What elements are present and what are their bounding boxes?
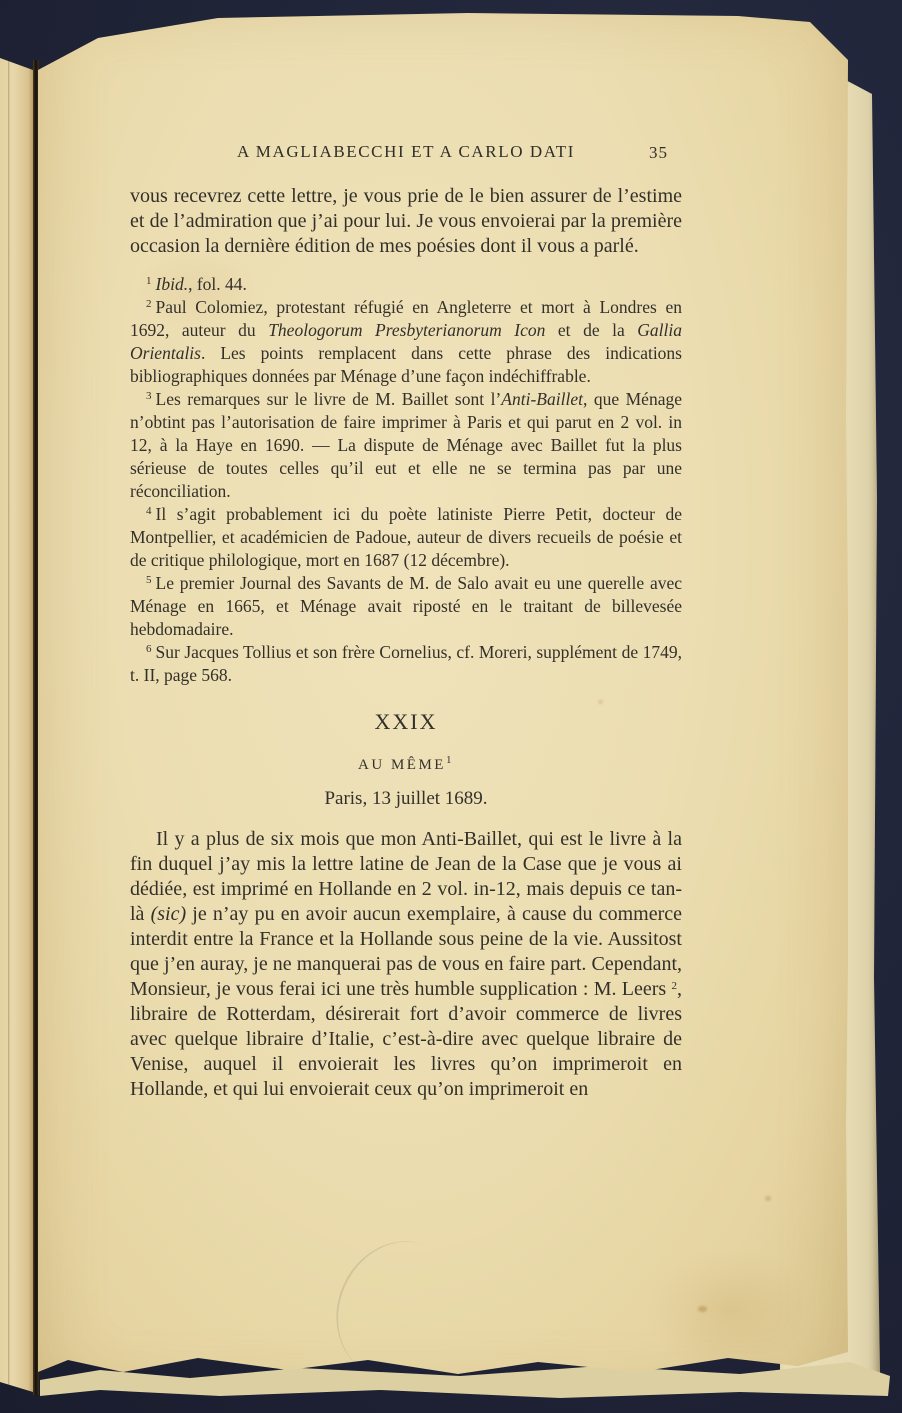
- section-heading: XXIX: [130, 709, 682, 735]
- paper-stain: [598, 700, 603, 704]
- footnote-5: 5Le premier Journal des Savants de M. de…: [130, 572, 682, 641]
- letter-dateline: Paris, 13 juillet 1689.: [130, 786, 682, 811]
- page-number: 35: [649, 143, 668, 163]
- text-segment: Theologorum Presbyterianorum Icon: [268, 320, 545, 340]
- footnote-marker: 4: [146, 505, 152, 517]
- footnote-marker: 2: [146, 298, 152, 310]
- text-segment: (sic): [151, 903, 187, 925]
- facing-page-edge: [0, 0, 33, 1413]
- letter-body: Il y a plus de six mois que mon Anti-Bai…: [130, 827, 682, 1102]
- text-segment: Le premier Journal des Savants de M. de …: [130, 573, 682, 639]
- body-paragraph-continuation: vous recevrez cette lettre, je vous prie…: [130, 184, 682, 259]
- page-edge-crease: [8, 0, 10, 1413]
- book-page: A MAGLIABECCHI ET A CARLO DATI 35 vous r…: [38, 0, 848, 1400]
- text-segment: Anti-Baillet: [501, 389, 583, 409]
- paper-stain: [698, 1306, 707, 1312]
- footnote-marker: 6: [146, 643, 152, 655]
- text-segment: Les remarques sur le livre de M. Baillet…: [156, 389, 502, 409]
- running-title: A MAGLIABECCHI ET A CARLO DATI: [237, 142, 575, 161]
- footnote-marker: 1: [146, 275, 152, 287]
- footnote-6: 6Sur Jacques Tollius et son frère Cornel…: [130, 641, 682, 687]
- letter-paragraph: Il y a plus de six mois que mon Anti-Bai…: [130, 827, 682, 1102]
- page-content: A MAGLIABECCHI ET A CARLO DATI 35 vous r…: [130, 0, 682, 1102]
- addressee-text: AU MÊME: [358, 757, 446, 773]
- book-scan-photo: A MAGLIABECCHI ET A CARLO DATI 35 vous r…: [0, 0, 902, 1413]
- footnotes-block: 1Ibid., fol. 44. 2Paul Colomiez, protest…: [130, 273, 682, 687]
- text-segment: je n’ay pu en avoir aucun exemplaire, à …: [130, 903, 682, 1000]
- text-segment: Il s’agit probablement ici du poète lati…: [130, 504, 682, 570]
- text-segment: vous recevrez cette lettre, je vous prie…: [130, 185, 682, 257]
- paper-stain: [765, 1196, 771, 1201]
- text-segment: et de la: [545, 320, 637, 340]
- footnote-3: 3Les remarques sur le livre de M. Baille…: [130, 388, 682, 503]
- footnote-1: 1Ibid., fol. 44.: [130, 273, 682, 296]
- text-segment: Ibid.: [156, 274, 189, 294]
- addressee-footnote-marker: 1: [446, 754, 454, 766]
- footnote-marker: 3: [146, 390, 152, 402]
- running-header: A MAGLIABECCHI ET A CARLO DATI 35: [130, 142, 682, 166]
- footnote-4: 4Il s’agit probablement ici du poète lat…: [130, 503, 682, 572]
- footnote-marker: 5: [146, 574, 152, 586]
- text-segment: . Les points remplacent dans cette phras…: [130, 343, 682, 386]
- letter-addressee: AU MÊME1: [130, 757, 682, 774]
- text-segment: Sur Jacques Tollius et son frère Corneli…: [130, 642, 682, 685]
- footnote-2: 2Paul Colomiez, protestant réfugié en An…: [130, 296, 682, 388]
- text-segment: , fol. 44.: [188, 274, 247, 294]
